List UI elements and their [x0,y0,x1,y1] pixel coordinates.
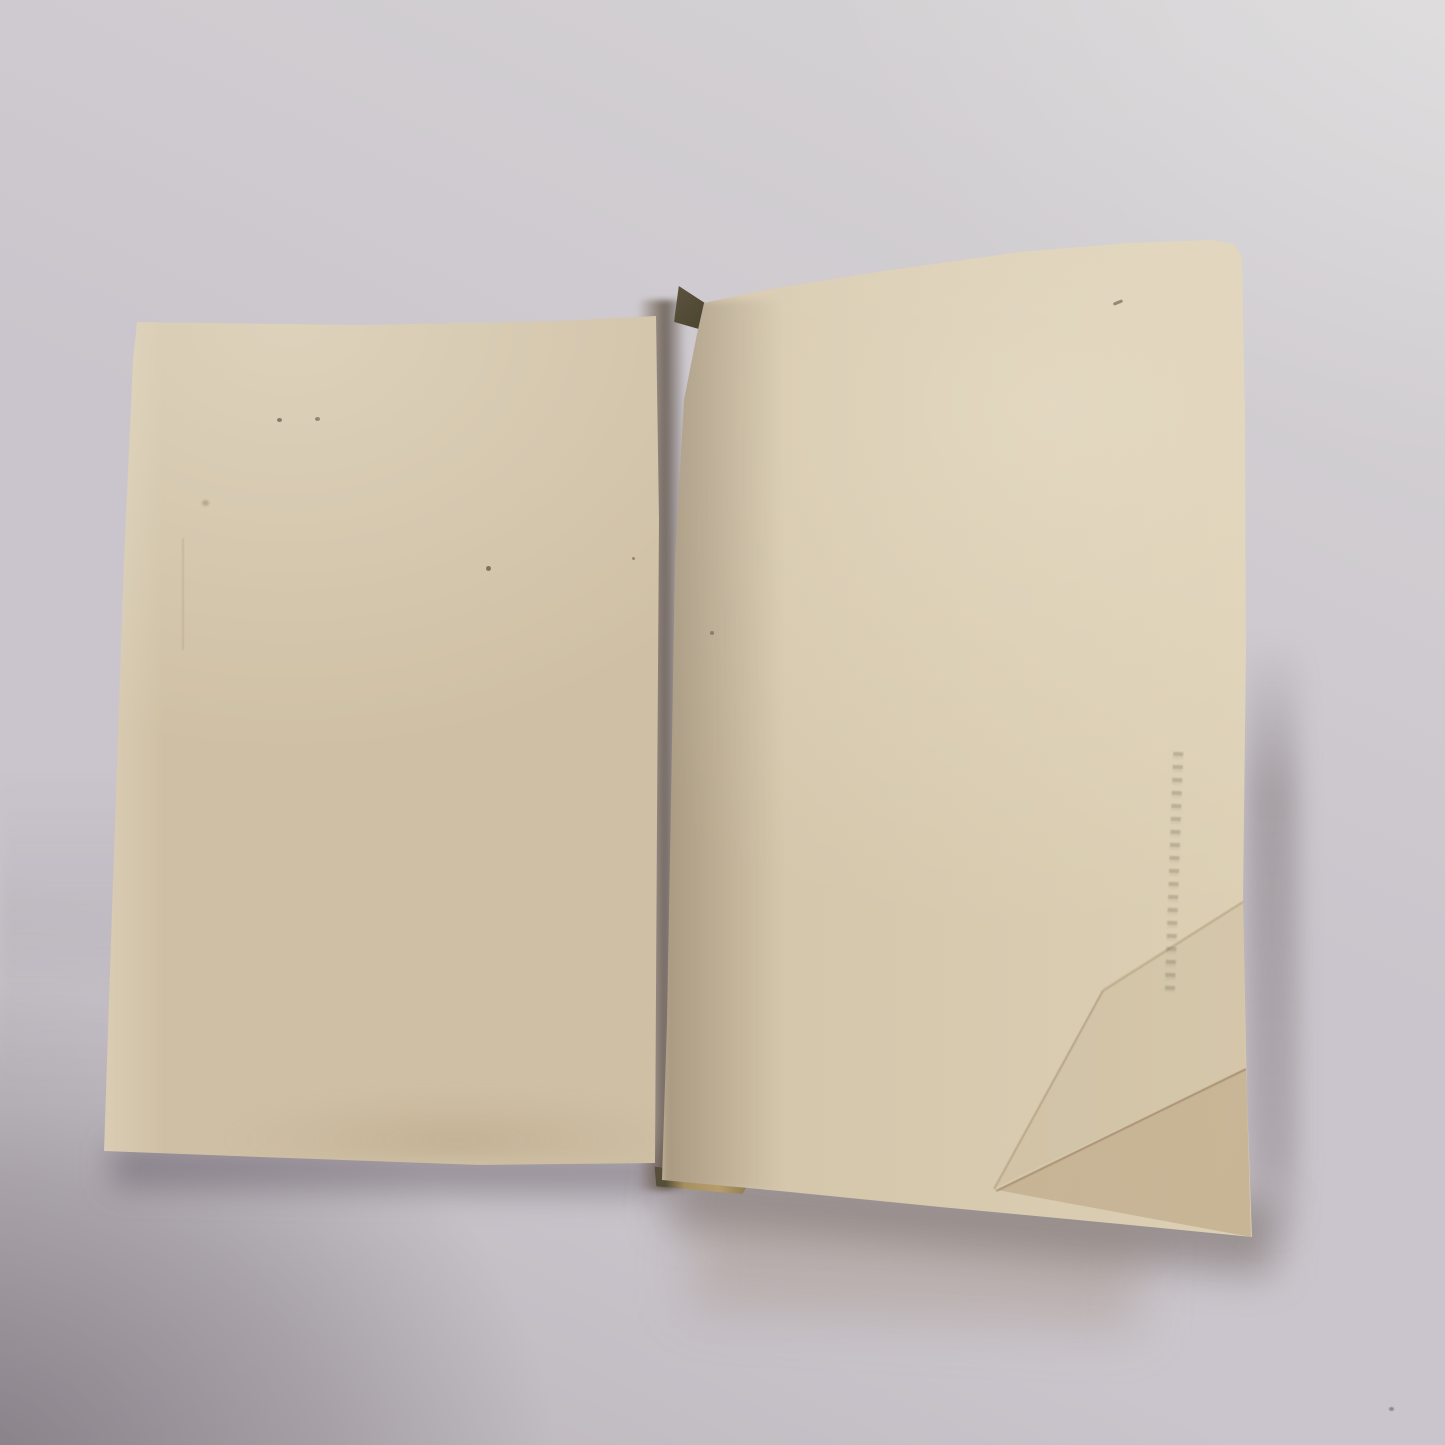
photo-open-book [0,0,1445,1445]
foxing-speck [710,631,714,635]
foxing-mark [1113,299,1123,306]
foxing-speck [486,566,491,571]
foxing-speck [277,418,282,422]
foxing-speck [632,557,635,560]
left-page-bottom-toning [170,1060,690,1160]
background-speck [1389,1407,1394,1411]
left-page-scratch [182,538,184,650]
foxing-speck [315,417,320,421]
foxing-smudge [202,500,209,506]
fore-edge-cast-shadow [1246,640,1298,1250]
